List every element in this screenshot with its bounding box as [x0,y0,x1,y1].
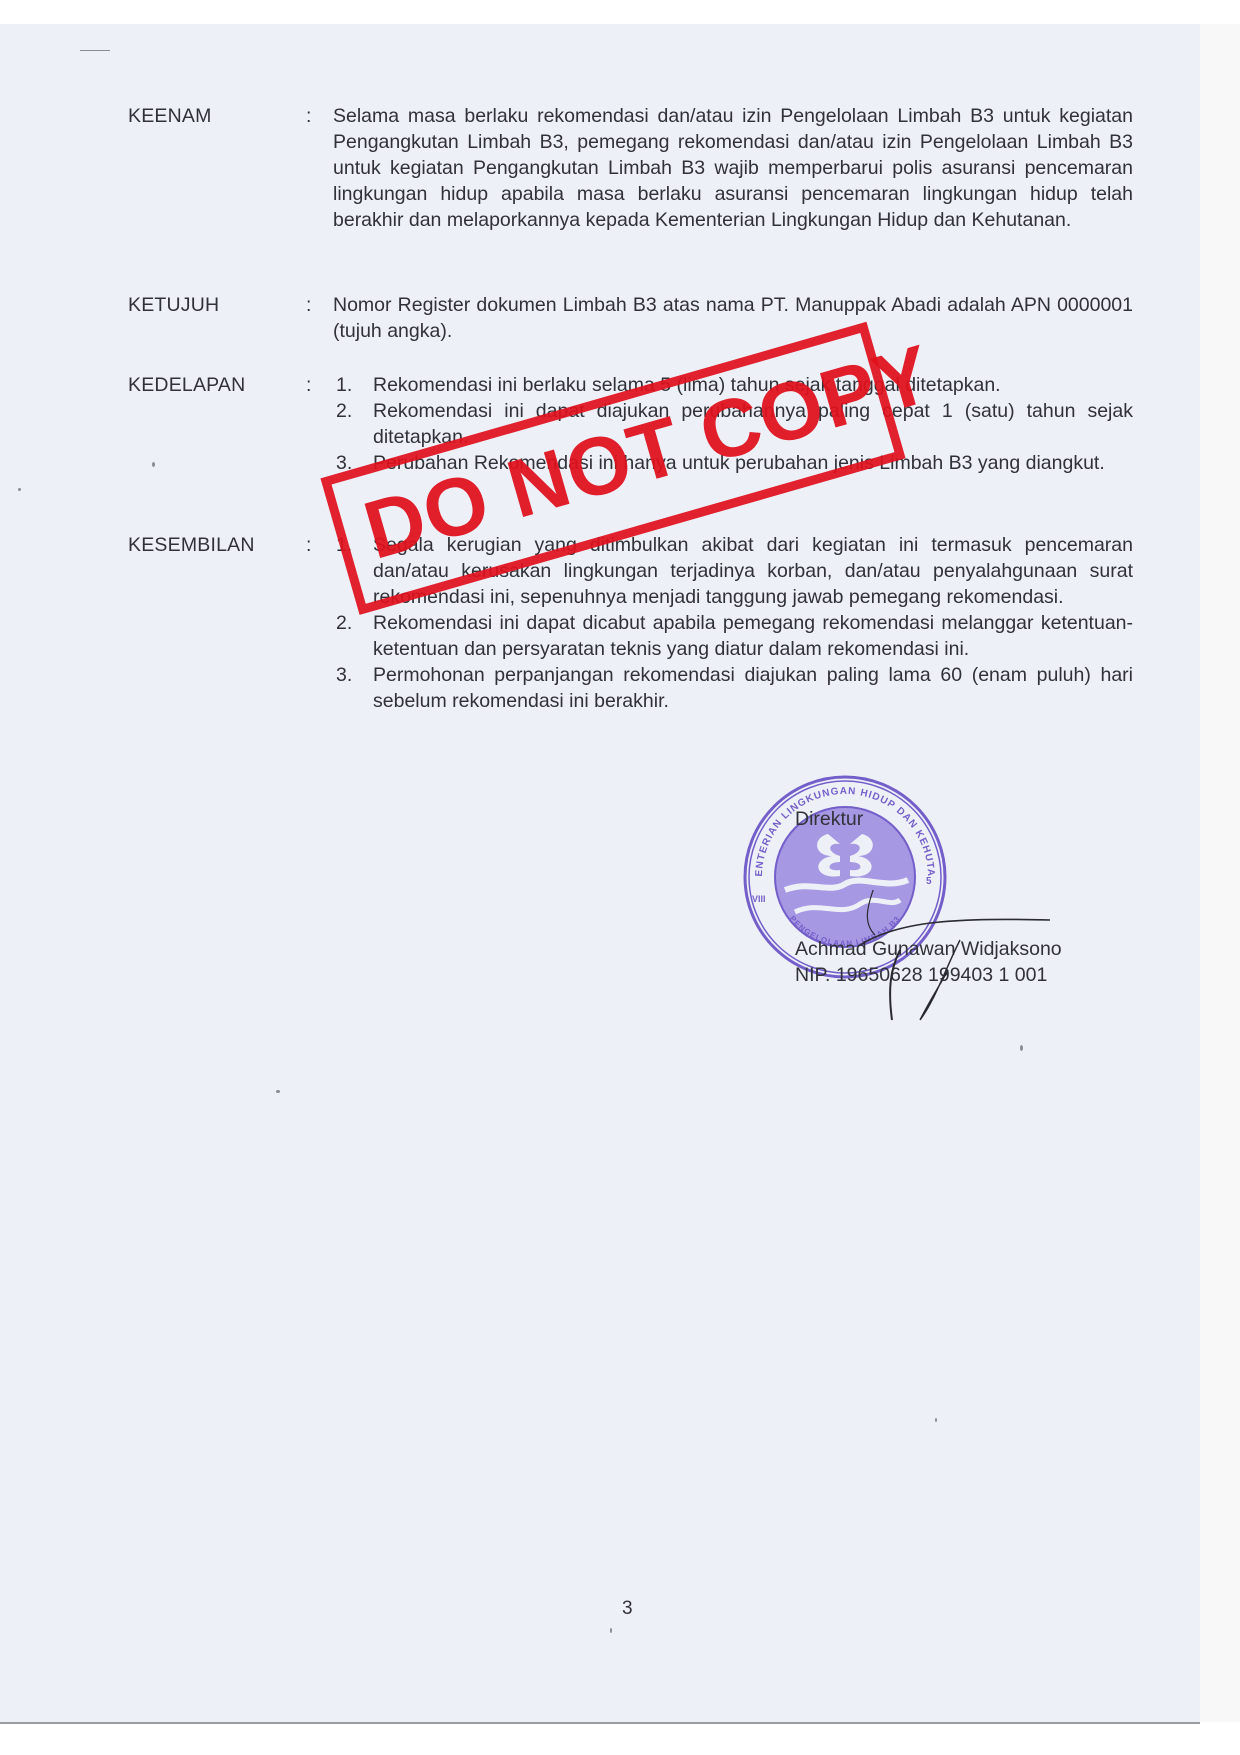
page-number: 3 [622,1598,633,1620]
section-label: KESEMBILAN [128,532,255,558]
scan-speck [18,488,21,491]
scan-edge [1200,24,1240,1722]
item-list: 1.Segala kerugian yang ditimbulkan akiba… [333,532,1133,714]
signatory-nip: NIP. 19650628 199403 1 001 [795,962,1047,988]
item-text: Rekomendasi ini dapat diajukan perubahan… [373,400,1133,448]
item-text: Rekomendasi ini berlaku selama 5 (lima) … [373,374,1001,396]
item-number: 3. [336,662,352,688]
section-label: KETUJUH [128,292,219,318]
scan-speck [935,1418,937,1422]
signatory-name: Achmad Gunawan Widjaksono [795,936,1062,962]
list-item: 2.Rekomendasi ini dapat dicabut apabila … [333,610,1133,662]
list-item: 1.Segala kerugian yang ditimbulkan akiba… [333,532,1133,610]
list-item: 3.Permohonan perpanjangan rekomendasi di… [333,662,1133,714]
item-number: 2. [336,610,352,636]
item-text: Perubahan Rekomendasi ini hanya untuk pe… [373,452,1105,474]
list-item: 2.Rekomendasi ini dapat diajukan perubah… [333,398,1133,450]
section-colon: : [306,532,311,558]
document-page [0,24,1200,1724]
scan-speck [80,50,110,51]
list-item: 1.Rekomendasi ini berlaku selama 5 (lima… [333,372,1133,398]
section-text: Nomor Register dokumen Limbah B3 atas na… [333,292,1133,344]
scan-speck [1020,1045,1023,1051]
section-colon: : [306,372,311,398]
scan-speck [610,1628,612,1633]
section-label: KEDELAPAN [128,372,245,398]
item-number: 1. [336,532,352,558]
item-text: Permohonan perpanjangan rekomendasi diaj… [373,664,1133,712]
item-number: 1. [336,372,352,398]
scan-speck [152,462,155,467]
item-text: Segala kerugian yang ditimbulkan akibat … [373,534,1133,608]
scan-speck [276,1090,280,1093]
section-label: KEENAM [128,103,212,129]
list-item: 3.Perubahan Rekomendasi ini hanya untuk … [333,450,1133,476]
section-colon: : [306,103,311,129]
signatory-title: Direktur [795,806,863,832]
item-text: Rekomendasi ini dapat dicabut apabila pe… [373,612,1133,660]
section-colon: : [306,292,311,318]
section-text: Selama masa berlaku rekomendasi dan/atau… [333,103,1133,233]
item-list: 1.Rekomendasi ini berlaku selama 5 (lima… [333,372,1133,476]
item-number: 3. [336,450,352,476]
item-number: 2. [336,398,352,424]
